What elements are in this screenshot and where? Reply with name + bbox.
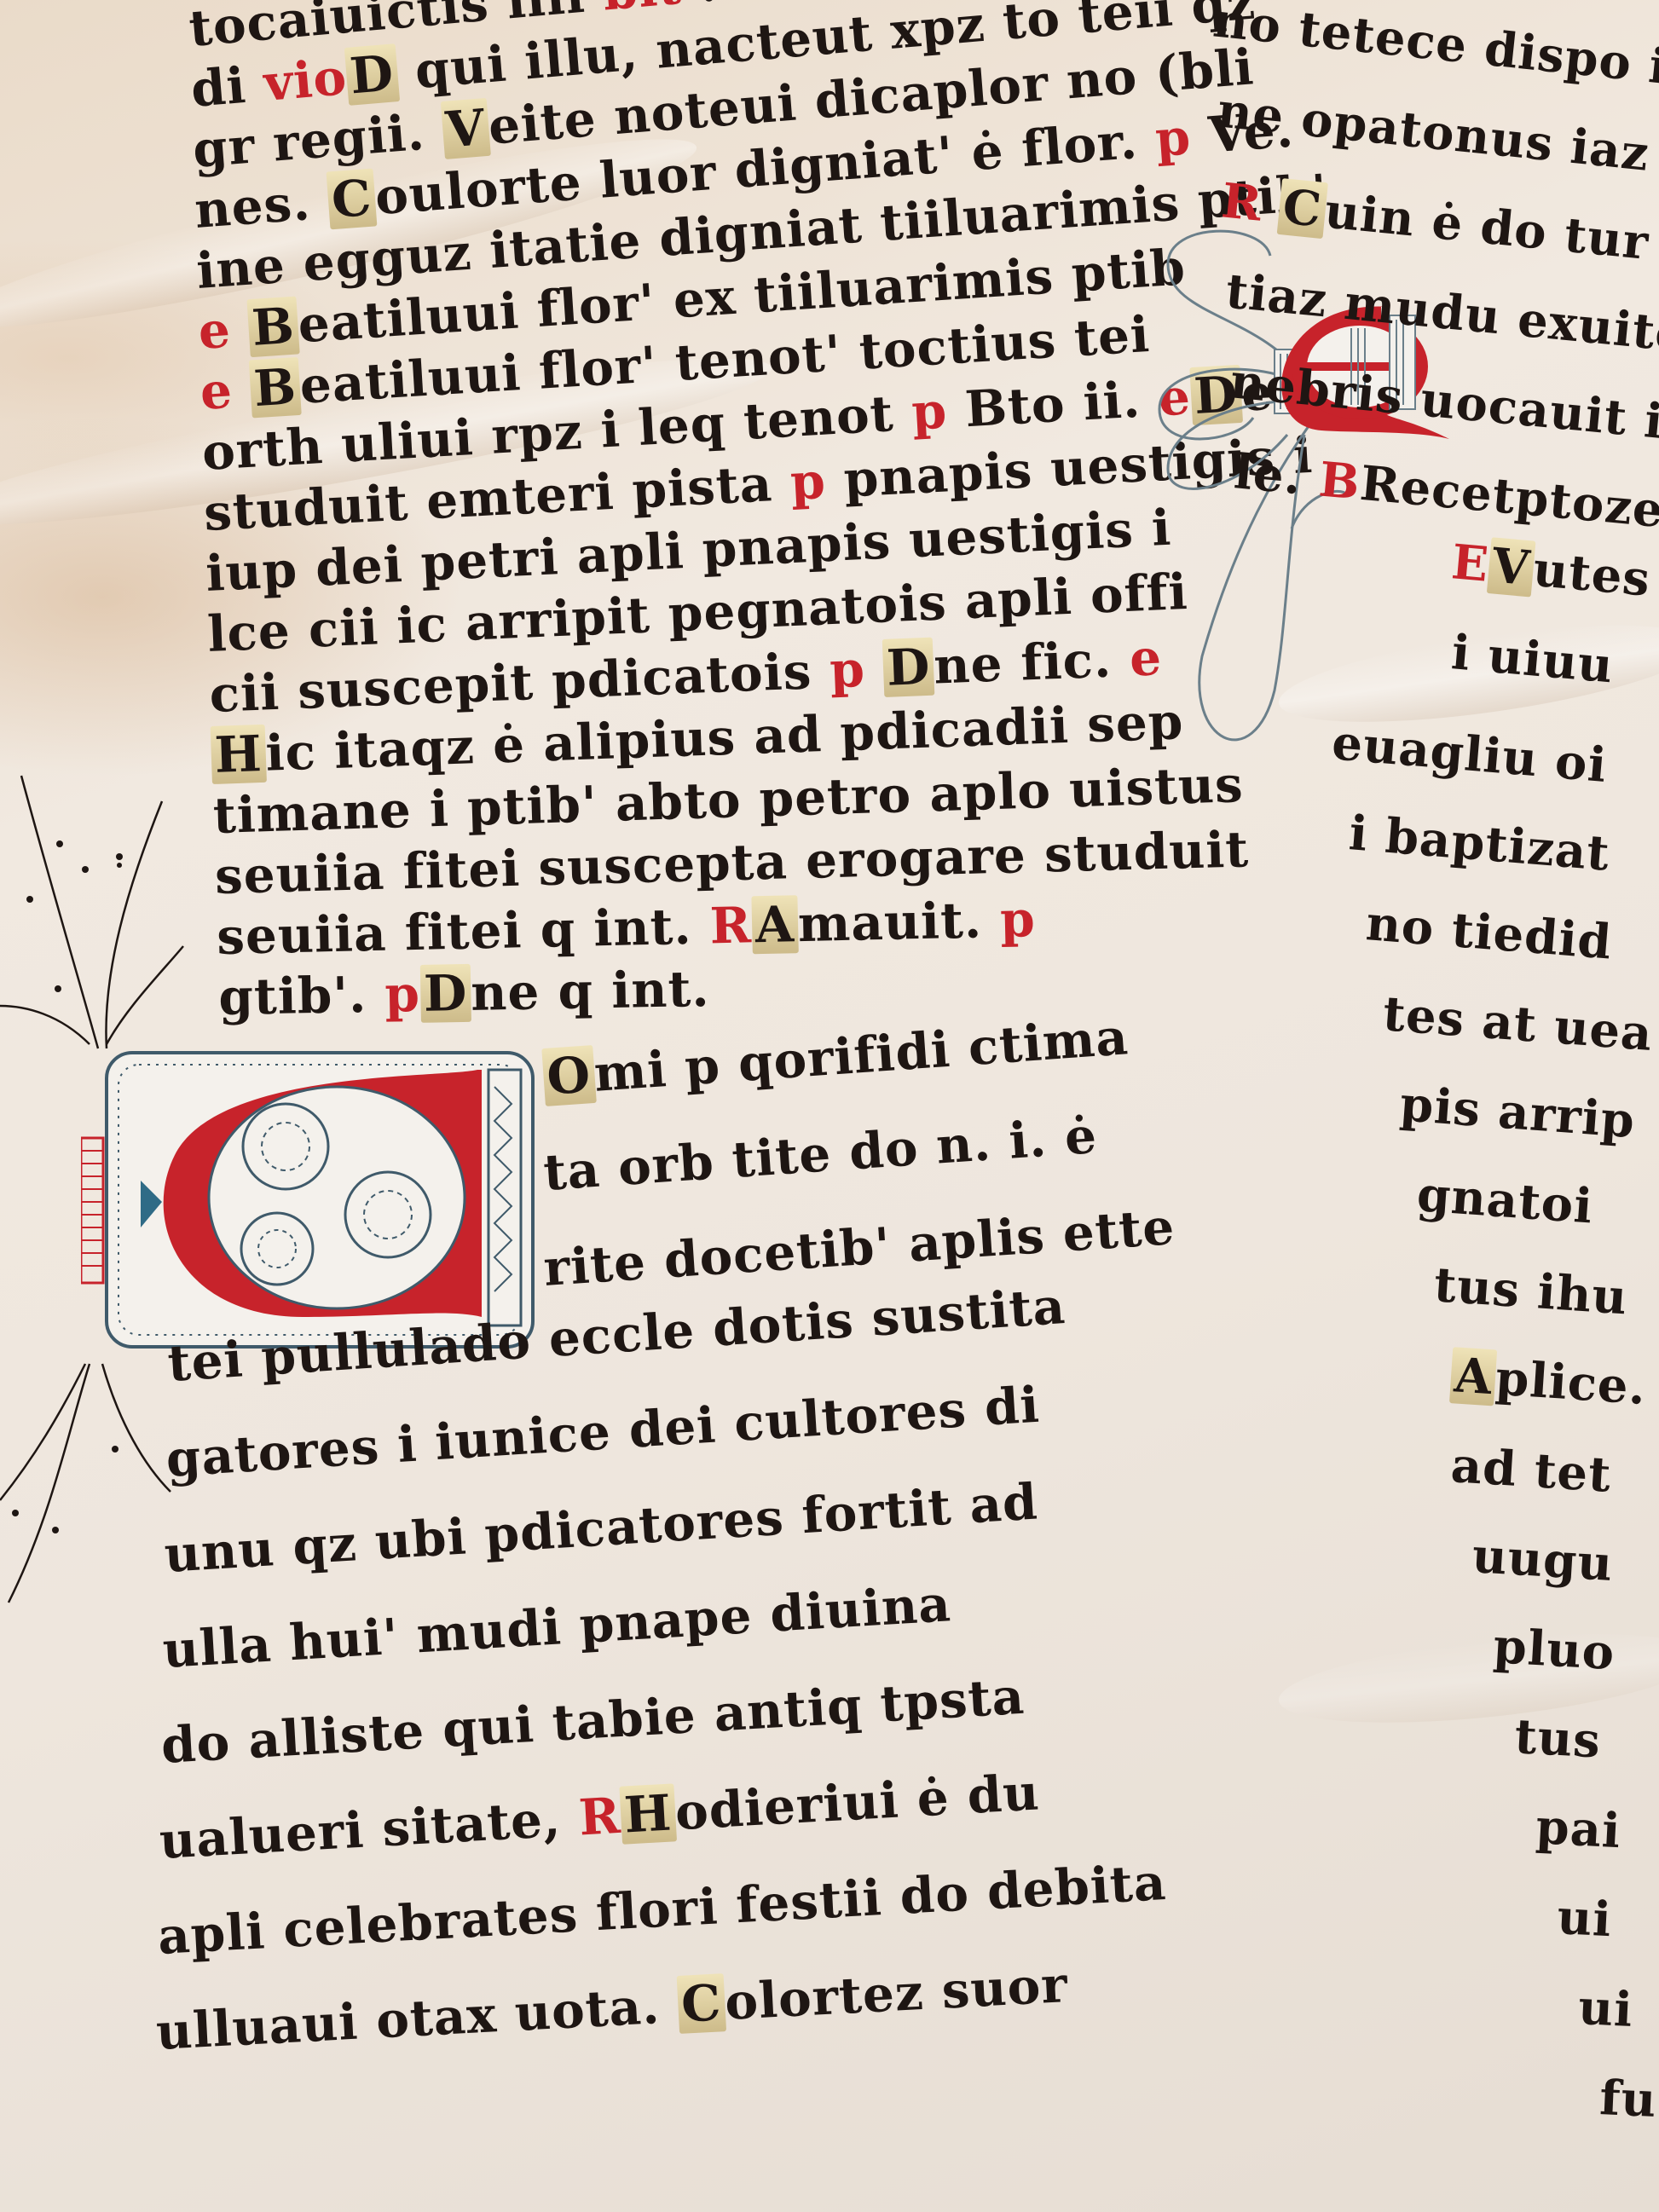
script-text: uugu <box>1471 1528 1615 1592</box>
script-text: ualueri sitate, <box>158 1789 581 1870</box>
script-text: pai <box>1535 1799 1622 1859</box>
rubric-mark: bit <box>600 0 684 22</box>
script-text: gnatoi <box>1415 1166 1595 1234</box>
touched-capital: H <box>619 1783 677 1844</box>
script-text: ne q int. <box>471 960 710 1022</box>
script-text: odieriui ė du <box>673 1763 1041 1841</box>
manuscript-line: rite docetib' aplis ette <box>541 1198 1176 1297</box>
manuscript-line: ta orb tite do n. i. ė <box>541 1106 1099 1202</box>
touched-capital: C <box>327 168 378 229</box>
manuscript-leaf: tocaiuictis iiii bit ...di vioD qui illu… <box>0 0 1659 2212</box>
manuscript-line: ualueri sitate, RHodieriui ė du <box>158 1763 1041 1870</box>
script-text: tus <box>1513 1708 1603 1769</box>
script-text: apli celebrates flori festii do debita <box>156 1853 1168 1966</box>
manuscript-line: gtib'. pDne q int. <box>218 960 710 1026</box>
touched-capital: A <box>751 895 798 954</box>
rubric-mark: E <box>1449 534 1491 593</box>
script-text: rite docetib' aplis ette <box>541 1198 1176 1297</box>
script-text: no tiedid <box>1364 895 1614 970</box>
touched-capital: C <box>1277 178 1328 239</box>
touched-capital: D <box>882 638 935 697</box>
touched-capital: O <box>541 1045 596 1106</box>
script-text: seuiia fitei q int. <box>217 897 711 966</box>
manuscript-line: unu qz ubi pdicatores fortit ad <box>163 1472 1040 1584</box>
manuscript-line: tus ihu <box>1432 1256 1629 1325</box>
rubric-mark: p <box>829 640 866 700</box>
script-text: Bto ii. <box>945 369 1160 439</box>
script-text: di <box>188 55 266 118</box>
script-text: R <box>1358 455 1403 515</box>
manuscript-line: pluo <box>1492 1618 1616 1681</box>
touched-capital: B <box>249 357 302 418</box>
manuscript-line: do alliste qui tabie antiq tpsta <box>159 1667 1026 1775</box>
manuscript-line: no tiedid <box>1364 895 1614 970</box>
script-text: unu qz ubi pdicatores fortit ad <box>163 1472 1040 1584</box>
script-text: ui <box>1577 1979 1634 2038</box>
script-text: ta orb tite do n. i. ė <box>541 1106 1099 1202</box>
rubric-mark: p <box>789 452 827 511</box>
script-text: olortez suor <box>724 1955 1070 2031</box>
touched-capital: D <box>344 43 400 106</box>
touched-capital: C <box>676 1973 726 2034</box>
manuscript-line: Aplice. <box>1449 1347 1648 1416</box>
manuscript-line: ad tet <box>1449 1437 1613 1504</box>
touched-capital: A <box>1449 1347 1498 1406</box>
script-text: le. <box>1232 443 1322 507</box>
manuscript-line: tes at uea <box>1381 985 1655 1062</box>
script-text: mauit. <box>797 891 1001 953</box>
script-text: ulluaui otax uota. <box>154 1976 679 2061</box>
script-text: ne fic. <box>933 630 1130 696</box>
script-text: gtib'. <box>218 966 385 1026</box>
script-text: ... <box>679 0 755 15</box>
script-text: do alliste qui tabie antiq tpsta <box>159 1667 1026 1775</box>
rubric-mark: R <box>1219 172 1282 234</box>
rubric-mark: p <box>999 890 1036 949</box>
script-text: tes at uea <box>1381 985 1655 1062</box>
script-text: pis arrip <box>1398 1076 1637 1149</box>
touched-capital: B <box>247 296 300 357</box>
touched-capital: D <box>419 964 471 1023</box>
rubric-mark: p <box>910 381 949 441</box>
script-text: pluo <box>1492 1618 1616 1681</box>
rubric-mark: B <box>1316 451 1362 511</box>
script-text: ulla hui' mudi pnape diuina <box>161 1574 953 1679</box>
manuscript-line: gatores i iunice dei cultores di <box>165 1376 1042 1488</box>
script-text: ad tet <box>1449 1437 1613 1504</box>
manuscript-line: ui <box>1577 1979 1634 2038</box>
manuscript-line: no tetece dispo i <box>1211 0 1659 95</box>
manuscript-line: tus <box>1513 1708 1603 1769</box>
script-text <box>864 639 885 698</box>
script-text: utes <box>1531 541 1653 608</box>
manuscript-line: fu <box>1598 2070 1658 2128</box>
script-text: ui <box>1556 1889 1613 1948</box>
touched-capital: V <box>1487 537 1536 597</box>
rubric-mark: e <box>197 299 251 361</box>
script-text: plice. <box>1494 1350 1648 1416</box>
script-text: fu <box>1598 2070 1658 2128</box>
manuscript-line: Omi p qorifidi ctima <box>541 1008 1130 1106</box>
manuscript-line: gnatoi <box>1415 1166 1595 1234</box>
rubric-mark: p <box>384 965 421 1024</box>
manuscript-line: apli celebrates flori festii do debita <box>156 1853 1168 1966</box>
rubric-mark: p <box>1153 107 1193 168</box>
manuscript-line: ulla hui' mudi pnape diuina <box>161 1574 953 1679</box>
manuscript-line: ulluaui otax uota. Colortez suor <box>154 1955 1069 2061</box>
script-text: mi p qorifidi ctima <box>592 1008 1130 1103</box>
manuscript-line: pis arrip <box>1398 1076 1637 1149</box>
script-text: tus ihu <box>1432 1256 1629 1325</box>
manuscript-line: uugu <box>1471 1528 1615 1592</box>
script-text: nes. <box>193 172 331 240</box>
script-text: no tetece dispo i <box>1211 0 1659 95</box>
rubric-mark: e <box>199 361 252 421</box>
manuscript-line: ui <box>1556 1889 1613 1948</box>
rubric-mark: vio <box>262 48 350 113</box>
manuscript-line: pai <box>1535 1799 1622 1859</box>
margin-pen-flourish <box>0 750 222 1654</box>
rubric-mark: R <box>577 1787 622 1847</box>
touched-capital: V <box>441 98 491 159</box>
rubric-mark: R <box>709 896 753 955</box>
script-text: gatores i iunice dei cultores di <box>165 1376 1042 1488</box>
